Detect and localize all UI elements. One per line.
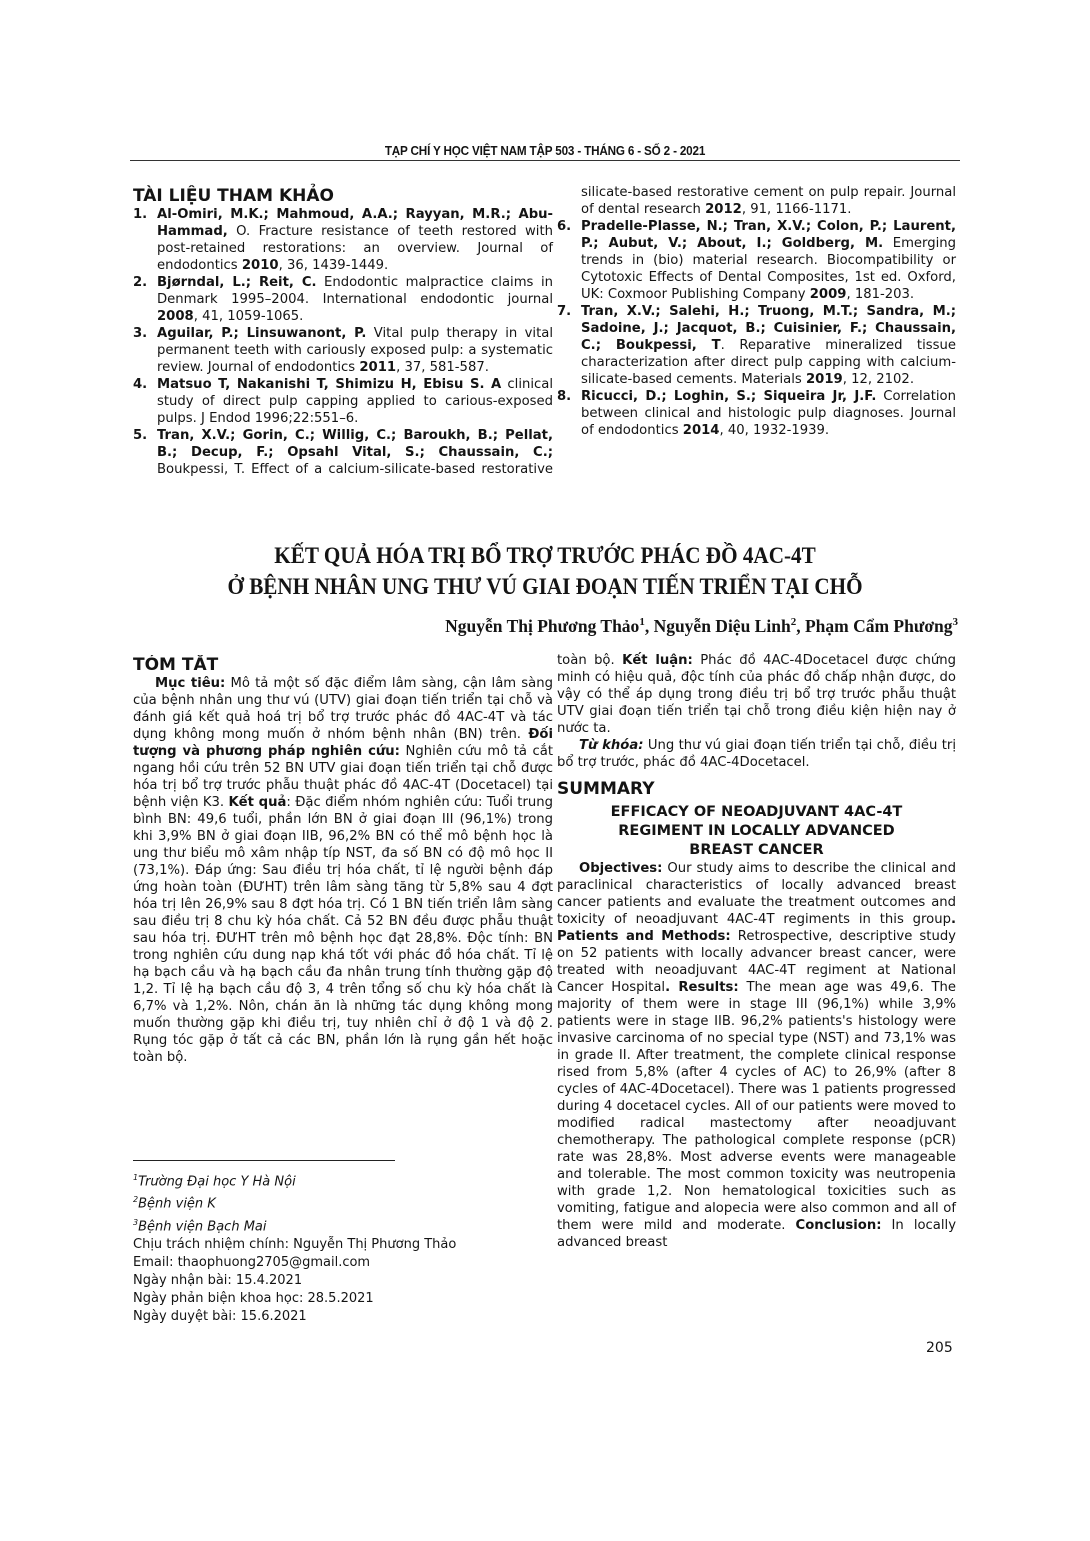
abstract-vi-body: Mục tiêu: Mô tả một số đặc điểm lâm sàng…	[133, 675, 553, 1066]
references-list: 1.Al-Omiri, M.K.; Mahmoud, A.A.; Rayyan,…	[133, 206, 553, 478]
reference-year: 2009	[810, 287, 847, 302]
author-affiliation-mark: 3	[953, 616, 959, 628]
reference-pages: , 181-203.	[846, 287, 914, 302]
results-label-en: . Results:	[665, 980, 739, 995]
reference-pages: , 37, 581-587.	[396, 360, 489, 375]
affiliation-text: Trường Đại học Y Hà Nội	[138, 1174, 296, 1189]
results-text-en: The mean age was 49,6. The majority of t…	[557, 980, 956, 1233]
reference-pages: , 41, 1059-1065.	[194, 309, 304, 324]
reference-item: 2.Bjørndal, L.; Reit, C. Endodontic malp…	[133, 274, 553, 325]
conclusion-label-en: Conclusion:	[796, 1218, 882, 1233]
reference-year: 2014	[683, 423, 720, 438]
accepted-date: Ngày duyệt bài: 15.6.2021	[133, 1308, 553, 1326]
conclusion-text: Phác đồ 4AC-4Docetacel được chứng minh c…	[557, 653, 956, 736]
reference-number: 1.	[133, 206, 147, 223]
references-heading: TÀI LIỆU THAM KHẢO	[133, 186, 553, 206]
review-date: Ngày phản biện khoa học: 28.5.2021	[133, 1290, 553, 1308]
email: Email: thaophuong2705@gmail.com	[133, 1254, 553, 1272]
reference-year: 2011	[359, 360, 396, 375]
affiliation-1: 1Trường Đại học Y Hà Nội	[133, 1169, 553, 1191]
summary-title: EFFICACY OF NEOADJUVANT 4AC-4T REGIMENT …	[557, 803, 956, 860]
reference-authors: Bjørndal, L.; Reit, C.	[157, 275, 317, 290]
references-list-continued: silicate-based restorative cement on pul…	[557, 184, 956, 439]
abstract-right-column: toàn bộ. Kết luận: Phác đồ 4AC-4Docetace…	[557, 652, 956, 1251]
reference-pages: , 36, 1439-1449.	[279, 258, 389, 273]
reference-item: 5.Tran, X.V.; Gorin, C.; Willig, C.; Bar…	[133, 427, 553, 478]
reference-item: 7.Tran, X.V.; Salehi, H.; Truong, M.T.; …	[557, 303, 956, 388]
references-right-column: silicate-based restorative cement on pul…	[557, 184, 956, 439]
abstract-vi-column: TÓM TẮT Mục tiêu: Mô tả một số đặc điểm …	[133, 655, 553, 1150]
reference-number: 6.	[557, 218, 571, 235]
reference-item-continued: silicate-based restorative cement on pul…	[557, 184, 956, 218]
author-affiliation-mark: 2	[791, 616, 797, 628]
reference-item: 8.Ricucci, D.; Loghin, S.; Siqueira Jr, …	[557, 388, 956, 439]
results-label: Kết quả	[228, 795, 286, 810]
affiliation-2: 2Bệnh viện K	[133, 1191, 553, 1213]
reference-year: 2008	[157, 309, 194, 324]
received-date: Ngày nhận bài: 15.4.2021	[133, 1272, 553, 1290]
article-title-line-2: Ở BỆNH NHÂN UNG THƯ VÚ GIAI ĐOẠN TIẾN TR…	[163, 571, 927, 602]
author-name: Nguyễn Thị Phương Thảo	[445, 616, 639, 636]
abstract-vi-conclusion: toàn bộ. Kết luận: Phác đồ 4AC-4Docetace…	[557, 652, 956, 737]
affiliation-3: 3Bệnh viện Bạch Mai	[133, 1214, 553, 1236]
corresponding-author: Chịu trách nhiệm chính: Nguyễn Thị Phươn…	[133, 1236, 553, 1254]
summary-heading: SUMMARY	[557, 779, 956, 799]
reference-text: Boukpessi, T. Effect of a calcium-silica…	[157, 462, 553, 478]
author-list: Nguyễn Thị Phương Thảo1, Nguyễn Diệu Lin…	[445, 616, 958, 637]
reference-number: 7.	[557, 303, 571, 320]
results-text: : Đặc điểm nhóm nghiên cứu: Tuổi trung b…	[133, 795, 553, 1065]
footnotes: 1Trường Đại học Y Hà Nội 2Bệnh viện K 3B…	[133, 1160, 553, 1326]
references-left-column: TÀI LIỆU THAM KHẢO 1.Al-Omiri, M.K.; Mah…	[133, 186, 553, 478]
reference-pages: , 40, 1932-1939.	[719, 423, 829, 438]
reference-year: 2019	[806, 372, 843, 387]
footnote-rule	[133, 1160, 395, 1161]
reference-item: 1.Al-Omiri, M.K.; Mahmoud, A.A.; Rayyan,…	[133, 206, 553, 274]
reference-number: 4.	[133, 376, 147, 393]
reference-authors: Aguilar, P.; Linsuwanont, P.	[157, 326, 366, 341]
reference-item: 6.Pradelle-Plasse, N.; Tran, X.V.; Colon…	[557, 218, 956, 303]
header-rule	[130, 160, 960, 161]
keywords: Từ khóa: Ung thư vú giai đoạn tiến triển…	[557, 737, 956, 771]
objectives-label: Objectives:	[579, 861, 662, 876]
objective-label: Mục tiêu:	[155, 676, 225, 691]
reference-number: 8.	[557, 388, 571, 405]
reference-authors: Ricucci, D.; Loghin, S.; Siqueira Jr, J.…	[581, 389, 876, 404]
abstract-en-body: Objectives: Our study aims to describe t…	[557, 860, 956, 1251]
reference-pages: , 12, 2102.	[843, 372, 914, 387]
reference-number: 2.	[133, 274, 147, 291]
reference-item: 4.Matsuo T, Nakanishi T, Shimizu H, Ebis…	[133, 376, 553, 427]
affiliation-text: Bệnh viện K	[138, 1197, 216, 1212]
reference-number: 3.	[133, 325, 147, 342]
abstract-vi-heading: TÓM TẮT	[133, 655, 553, 675]
article-title: KẾT QUẢ HÓA TRỊ BỔ TRỢ TRƯỚC PHÁC ĐỒ 4AC…	[163, 540, 927, 602]
page-number: 205	[926, 1340, 953, 1356]
author-name: Phạm Cẩm Phương	[805, 616, 953, 636]
reference-year: 2012	[705, 202, 742, 217]
author-name: Nguyễn Diệu Linh	[654, 616, 791, 636]
affiliation-text: Bệnh viện Bạch Mai	[138, 1219, 266, 1234]
reference-pages: , 91, 1166-1171.	[742, 202, 852, 217]
reference-year: 2010	[242, 258, 279, 273]
author-affiliation-mark: 1	[639, 616, 645, 628]
reference-authors: Matsuo T, Nakanishi T, Shimizu H, Ebisu …	[157, 377, 501, 392]
reference-authors: Tran, X.V.; Gorin, C.; Willig, C.; Barou…	[157, 428, 553, 460]
keywords-label: Từ khóa:	[579, 738, 644, 753]
running-header: TẠP CHÍ Y HỌC VIỆT NAM TẬP 503 - THÁNG 6…	[172, 143, 919, 158]
article-title-line-1: KẾT QUẢ HÓA TRỊ BỔ TRỢ TRƯỚC PHÁC ĐỒ 4AC…	[163, 540, 927, 571]
conclusion-label: Kết luận:	[622, 653, 693, 668]
reference-number: 5.	[133, 427, 147, 444]
reference-item: 3.Aguilar, P.; Linsuwanont, P. Vital pul…	[133, 325, 553, 376]
